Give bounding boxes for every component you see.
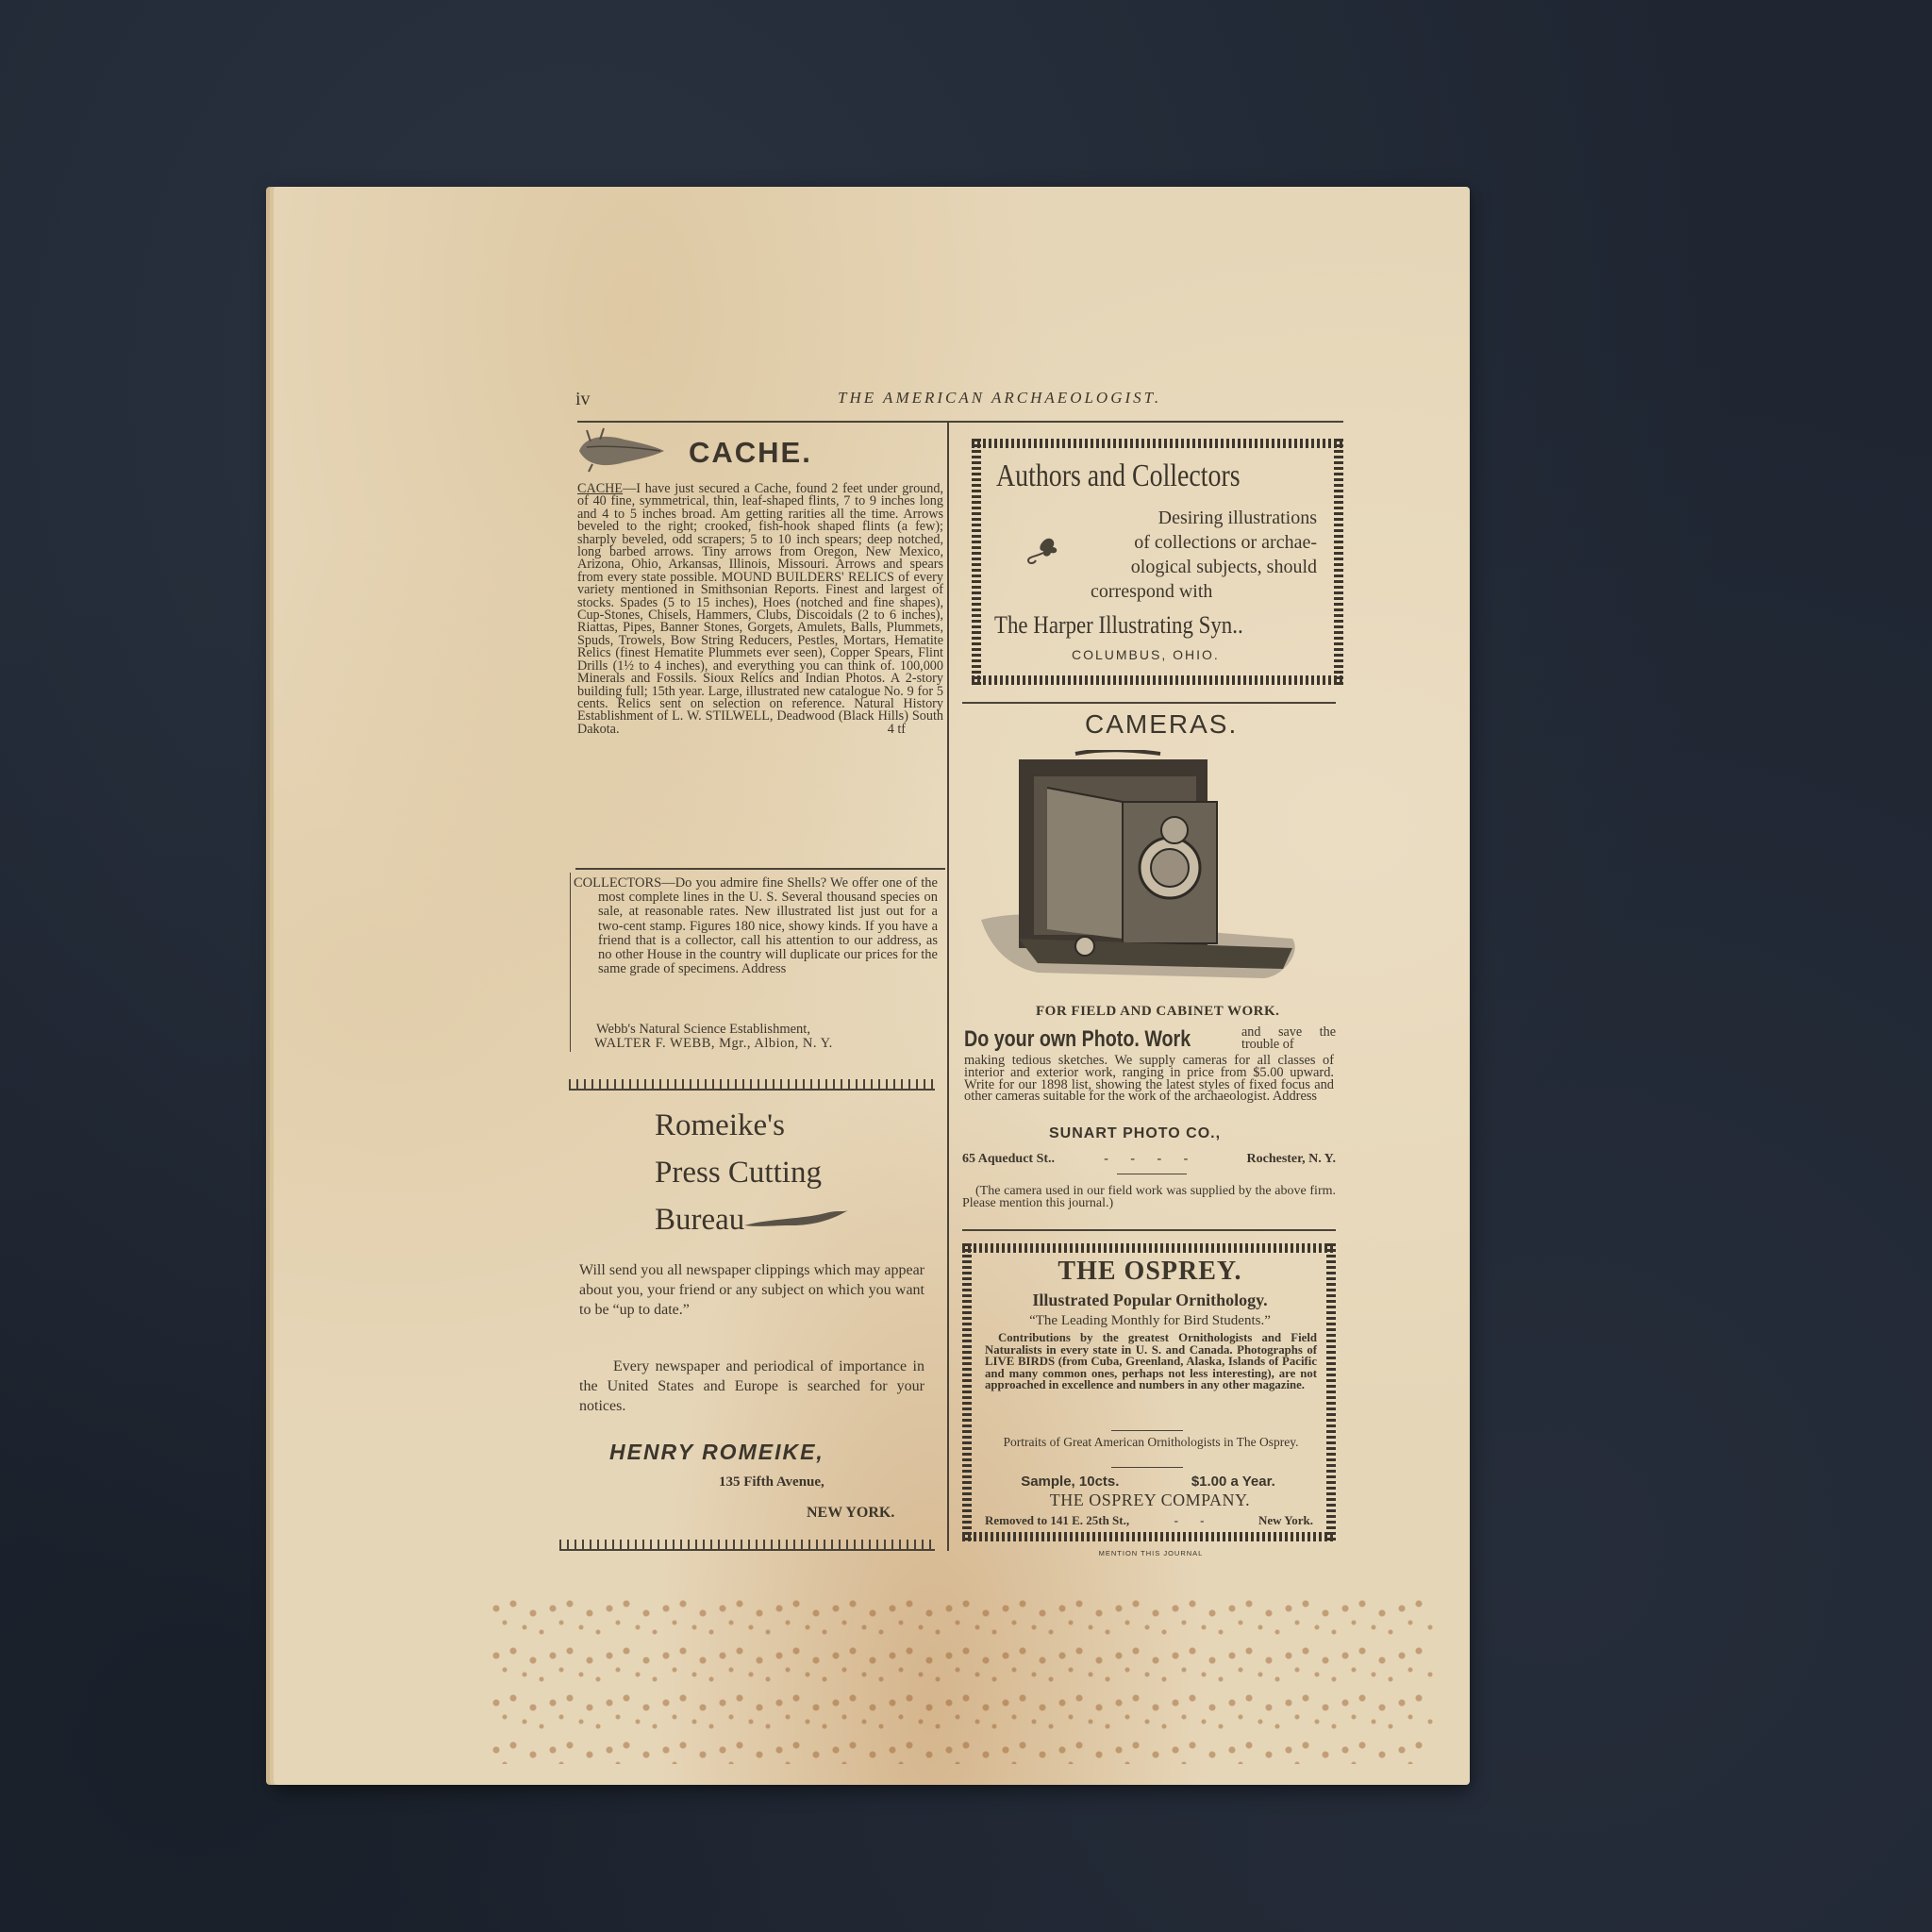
collectors-border [570,873,571,1052]
romeike-city: NEW YORK. [807,1505,894,1522]
divider-rule [962,702,1336,704]
osprey-sample-price: Sample, 10cts. [1021,1474,1119,1490]
greek-key-border-top [569,1079,935,1091]
harper-body-line-4: correspond with [1091,579,1317,604]
harper-body-line-2: of collections or archae- [1091,530,1317,555]
romeike-title: Romeike's Press Cutting Bureau [655,1102,848,1243]
harper-frame-left [972,439,981,685]
sunart-street: 65 Aqueduct St.. [962,1152,1055,1167]
osprey-title: THE OSPREY. [975,1257,1324,1287]
collectors-lead: COLLECTORS [574,875,661,891]
cameras-headline-block: Do your own Photo. Work and save the tro… [964,1026,1336,1053]
divider-rule [575,868,945,870]
osprey-dashes: - - [1174,1513,1214,1528]
column-divider [947,423,949,1551]
sunart-company: SUNART PHOTO CO., [1049,1125,1221,1142]
greek-key-border-bottom [559,1540,935,1551]
cameras-headline: Do your own Photo. Work [964,1026,1191,1053]
short-rule [1111,1430,1183,1431]
osprey-frame-top [962,1243,1336,1253]
cache-body: —I have just secured a Cache, found 2 fe… [577,481,943,737]
header-rule [577,421,1343,423]
cameras-title: CAMERAS. [1085,709,1238,740]
osprey-frame-right [1326,1243,1336,1541]
cameras-headline-tail: and save the trouble of [1241,1026,1336,1051]
short-rule [1117,1174,1187,1174]
romeike-name: HENRY ROMEIKE, [609,1440,824,1465]
osprey-city: New York. [1258,1513,1313,1528]
foxing-stains [491,1594,1434,1764]
sunart-dashes: - - - - [1104,1152,1197,1167]
romeike-address: 135 Fifth Avenue, [719,1474,824,1491]
harper-frame-right [1334,439,1343,685]
page-number: iv [575,389,591,410]
osprey-portraits: Portraits of Great American Ornithologis… [985,1436,1317,1448]
harper-title: Authors and Collectors [996,458,1241,494]
harper-body-line-3: ological subjects, should [1091,555,1317,579]
sunart-city: Rochester, N. Y. [1247,1152,1337,1167]
harper-body: Desiring illustrations of collections or… [1091,506,1317,604]
osprey-frame-left [962,1243,972,1541]
cameras-caption: FOR FIELD AND CABINET WORK. [1036,1004,1279,1020]
leaf-ornament-icon [1024,536,1062,566]
osprey-body: Contributions by the greatest Ornitholog… [985,1332,1317,1391]
cache-ad-body: CACHE—I have just secured a Cache, found… [577,483,943,736]
harper-company: The Harper Illustrating Syn.. [994,611,1243,640]
romeike-para-1: Will send you all newspaper clippings wh… [579,1260,924,1320]
quill-flourish-icon [744,1208,848,1231]
running-header: iv THE AMERICAN ARCHAEOLOGIST. [575,389,1344,413]
osprey-frame-bottom [962,1532,1336,1541]
short-rule [1111,1467,1183,1468]
romeike-title-line-2: Press Cutting [655,1149,848,1196]
divider-rule [962,1229,1336,1231]
osprey-subtitle: Illustrated Popular Ornithology. [975,1291,1324,1310]
webb-manager: WALTER F. WEBB, Mgr., Albion, N. Y. [594,1036,833,1052]
osprey-pricing-row: Sample, 10cts. $1.00 a Year. [985,1474,1311,1490]
osprey-address-row: Removed to 141 E. 25th St., - - New York… [985,1513,1313,1528]
collectors-body: —Do you admire fine Shells? We offer one… [598,875,938,976]
osprey-company: THE OSPREY COMPANY. [975,1491,1324,1510]
osprey-tagline: “The Leading Monthly for Bird Students.” [975,1313,1324,1329]
romeike-title-line-1: Romeike's [655,1102,848,1149]
cache-title: CACHE. [689,436,812,470]
mention-this-journal: MENTION THIS JOURNAL [1028,1549,1274,1557]
harper-frame-bottom [972,675,1343,685]
collectors-ad-body: COLLECTORS—Do you admire fine Shells? We… [574,876,938,976]
folding-camera-illustration [981,750,1321,981]
harper-frame-top [972,439,1343,448]
running-head-title: THE AMERICAN ARCHAEOLOGIST. [838,389,1161,408]
osprey-address: Removed to 141 E. 25th St., [985,1513,1129,1528]
romeike-title-line-3-row: Bureau [655,1196,848,1243]
arrowhead-icon [577,426,666,474]
cameras-note: (The camera used in our field work was s… [962,1185,1336,1209]
harper-city: COLUMBUS, OHIO. [1072,647,1220,662]
romeike-title-line-3: Bureau [655,1196,744,1243]
cameras-body: making tedious sketches. We supply camer… [964,1055,1334,1103]
cache-insertion-code: 4 tf [888,724,906,736]
harper-body-line-1: Desiring illustrations [1091,506,1317,530]
osprey-annual-price: $1.00 a Year. [1191,1474,1275,1490]
sunart-address-row: 65 Aqueduct St.. - - - - Rochester, N. Y… [962,1152,1336,1167]
romeike-para-2: Every newspaper and periodical of import… [579,1357,924,1416]
